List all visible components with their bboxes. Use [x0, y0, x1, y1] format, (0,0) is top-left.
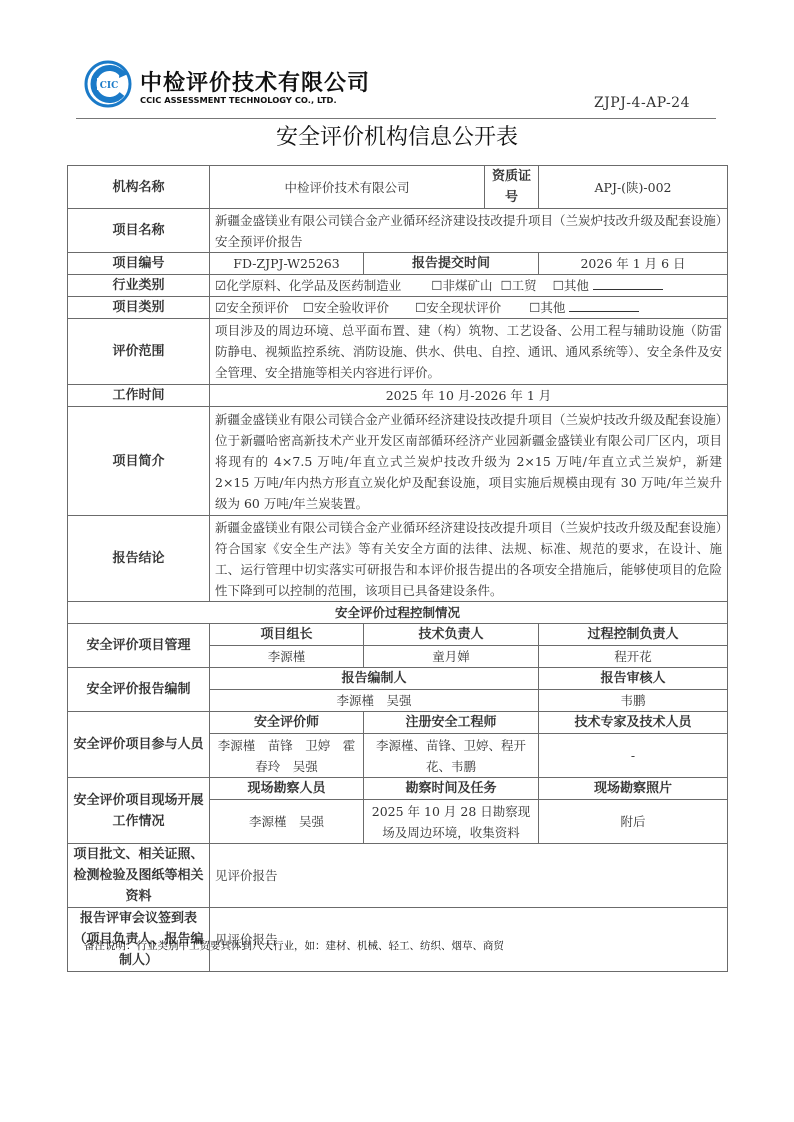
participants-header-expert: 技术专家及技术人员: [539, 712, 728, 734]
site-header-photos: 现场勘察照片: [539, 778, 728, 800]
summary-value: 新疆金盛镁业有限公司镁合金产业循环经济建设技改提升项目（兰炭炉技改升级及配套设施…: [210, 407, 728, 516]
type-option-other[interactable]: ☐其他: [529, 297, 639, 318]
industry-label: 行业类别: [68, 275, 210, 297]
mgmt-leader-value: 李源槿: [210, 646, 364, 668]
submit-time-value: 2026 年 1 月 6 日: [539, 253, 728, 275]
summary-label: 项目简介: [68, 407, 210, 516]
type-option-acceptance[interactable]: ☐安全验收评价: [303, 297, 389, 318]
type-options: ☑安全预评价 ☐安全验收评价 ☐安全现状评价 ☐其他: [210, 297, 728, 319]
scope-value: 项目涉及的周边环境、总平面布置、建（构）筑物、工艺设备、公用工程与辅助设施（防雷…: [210, 319, 728, 385]
document-code: ZJPJ-4-AP-24: [594, 95, 690, 111]
other-blank-line[interactable]: [569, 297, 639, 312]
other-blank-line[interactable]: [593, 275, 663, 290]
compile-label: 安全评价报告编制: [68, 668, 210, 712]
industry-option-trade[interactable]: ☐工贸: [500, 275, 536, 296]
type-option-status[interactable]: ☐安全现状评价: [415, 297, 501, 318]
participants-header-engineer: 注册安全工程师: [364, 712, 539, 734]
type-label: 项目类别: [68, 297, 210, 319]
project-no-value: FD-ZJPJ-W25263: [210, 253, 364, 275]
compile-reviewer-value: 韦鹏: [539, 690, 728, 712]
qual-label: 资质证号: [485, 166, 539, 209]
work-time-value: 2025 年 10 月-2026 年 1 月: [210, 385, 728, 407]
conclusion-value: 新疆金盛镁业有限公司镁合金产业循环经济建设技改提升项目（兰炭炉技改升级及配套设施…: [210, 516, 728, 602]
svg-text:CIC: CIC: [100, 81, 119, 91]
footnote: 备注说明：行业类别中工贸要具体到八大行业，如：建材、机械、轻工、纺织、烟草、商贸: [84, 938, 504, 953]
project-name-label: 项目名称: [68, 209, 210, 253]
industry-option-chemical[interactable]: ☑化学原料、化学品及医药制造业: [215, 275, 401, 296]
participants-label: 安全评价项目参与人员: [68, 712, 210, 778]
site-header-staff: 现场勘察人员: [210, 778, 364, 800]
org-name-label: 机构名称: [68, 166, 210, 209]
checkbox-unchecked-icon: ☐: [415, 300, 426, 315]
site-staff-value: 李源槿 吴强: [210, 800, 364, 844]
mgmt-header-tech: 技术负责人: [364, 624, 539, 646]
conclusion-label: 报告结论: [68, 516, 210, 602]
header-divider: [76, 118, 716, 119]
checkbox-unchecked-icon: ☐: [303, 300, 314, 315]
checkbox-unchecked-icon: ☐: [529, 300, 540, 315]
industry-options: ☑化学原料、化学品及医药制造业 ☐非煤矿山 ☐工贸 ☐其他: [210, 275, 728, 297]
checkbox-checked-icon: ☑: [215, 278, 226, 293]
compile-header-author: 报告编制人: [210, 668, 539, 690]
process-section-title: 安全评价过程控制情况: [68, 602, 728, 624]
type-option-pre[interactable]: ☑安全预评价: [215, 297, 289, 318]
checkbox-unchecked-icon: ☐: [431, 278, 442, 293]
participants-assessor-value: 李源槿 苗锋 卫婷 霍春玲 吴强: [210, 734, 364, 778]
ccic-logo-icon: CIC: [84, 60, 132, 108]
qual-value: APJ-(陕)-002: [539, 166, 728, 209]
mgmt-label: 安全评价项目管理: [68, 624, 210, 668]
mgmt-header-leader: 项目组长: [210, 624, 364, 646]
docs-label: 项目批文、相关证照、检测检验及图纸等相关资料: [68, 844, 210, 908]
site-time-value: 2025 年 10 月 28 日勘察现场及周边环境，收集资料: [364, 800, 539, 844]
checkbox-unchecked-icon: ☐: [500, 278, 511, 293]
compile-header-reviewer: 报告审核人: [539, 668, 728, 690]
company-name-cn: 中检评价技术有限公司: [140, 66, 370, 97]
participants-engineer-value: 李源槿、苗锋、卫婷、程开花、韦鹏: [364, 734, 539, 778]
compile-author-value: 李源槿 吴强: [210, 690, 539, 712]
org-name-value: 中检评价技术有限公司: [210, 166, 485, 209]
site-label: 安全评价项目现场开展工作情况: [68, 778, 210, 844]
mgmt-tech-value: 童月婵: [364, 646, 539, 668]
site-photos-value: 附后: [539, 800, 728, 844]
docs-value: 见评价报告: [210, 844, 728, 908]
participants-header-assessor: 安全评价师: [210, 712, 364, 734]
submit-time-label: 报告提交时间: [364, 253, 539, 275]
work-time-label: 工作时间: [68, 385, 210, 407]
site-header-time: 勘察时间及任务: [364, 778, 539, 800]
industry-option-mining[interactable]: ☐非煤矿山: [431, 275, 492, 296]
info-table: 机构名称 中检评价技术有限公司 资质证号 APJ-(陕)-002 项目名称 新疆…: [67, 165, 728, 972]
mgmt-header-process: 过程控制负责人: [539, 624, 728, 646]
participants-expert-value: -: [539, 734, 728, 778]
project-name-value: 新疆金盛镁业有限公司镁合金产业循环经济建设技改提升项目（兰炭炉技改升级及配套设施…: [210, 209, 728, 253]
checkbox-unchecked-icon: ☐: [553, 278, 564, 293]
project-no-label: 项目编号: [68, 253, 210, 275]
company-name-en: CCIC ASSESSMENT TECHNOLOGY CO., LTD.: [140, 95, 337, 105]
checkbox-checked-icon: ☑: [215, 300, 226, 315]
scope-label: 评价范围: [68, 319, 210, 385]
page-title: 安全评价机构信息公开表: [0, 120, 794, 151]
industry-option-other[interactable]: ☐其他: [553, 275, 663, 296]
mgmt-process-value: 程开花: [539, 646, 728, 668]
